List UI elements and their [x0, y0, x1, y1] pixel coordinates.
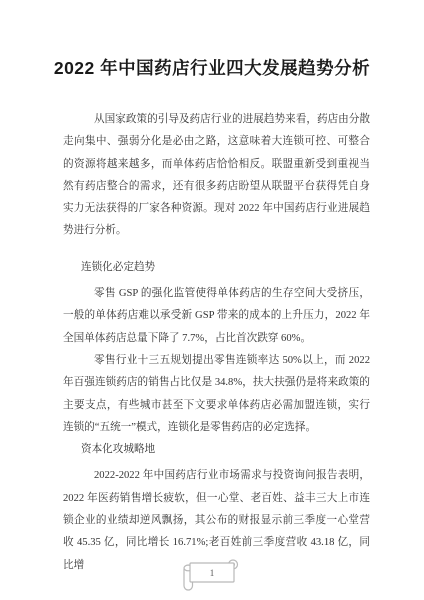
paragraph: 零售 GSP 的强化监管使得单体药店的生存空间大受挤压，一般的单体药店难以承受新… — [63, 283, 370, 350]
document-title: 2022 年中国药店行业四大发展趋势分析 — [0, 56, 424, 80]
section-heading-capitalization: 资本化攻城略地 — [63, 439, 370, 461]
intro-paragraph: 从国家政策的引导及药店行业的进展趋势来看，药店由分散走向集中、强弱分化是必由之路… — [63, 109, 370, 243]
page-number: 1 — [210, 568, 215, 578]
page-footer: 1 — [181, 557, 243, 598]
section-heading-chainization: 连锁化必定趋势 — [63, 257, 370, 279]
document-page: 2022 年中国药店行业四大发展趋势分析 从国家政策的引导及药店行业的进展趋势来… — [0, 0, 424, 600]
paragraph: 零售行业十三五规划提出零售连锁率达 50%以上，而 2022 年百强连锁药店的销… — [63, 350, 370, 439]
document-body: 从国家政策的引导及药店行业的进展趋势来看，药店由分散走向集中、强弱分化是必由之路… — [63, 109, 370, 577]
scroll-ornament-icon: 1 — [181, 557, 243, 593]
